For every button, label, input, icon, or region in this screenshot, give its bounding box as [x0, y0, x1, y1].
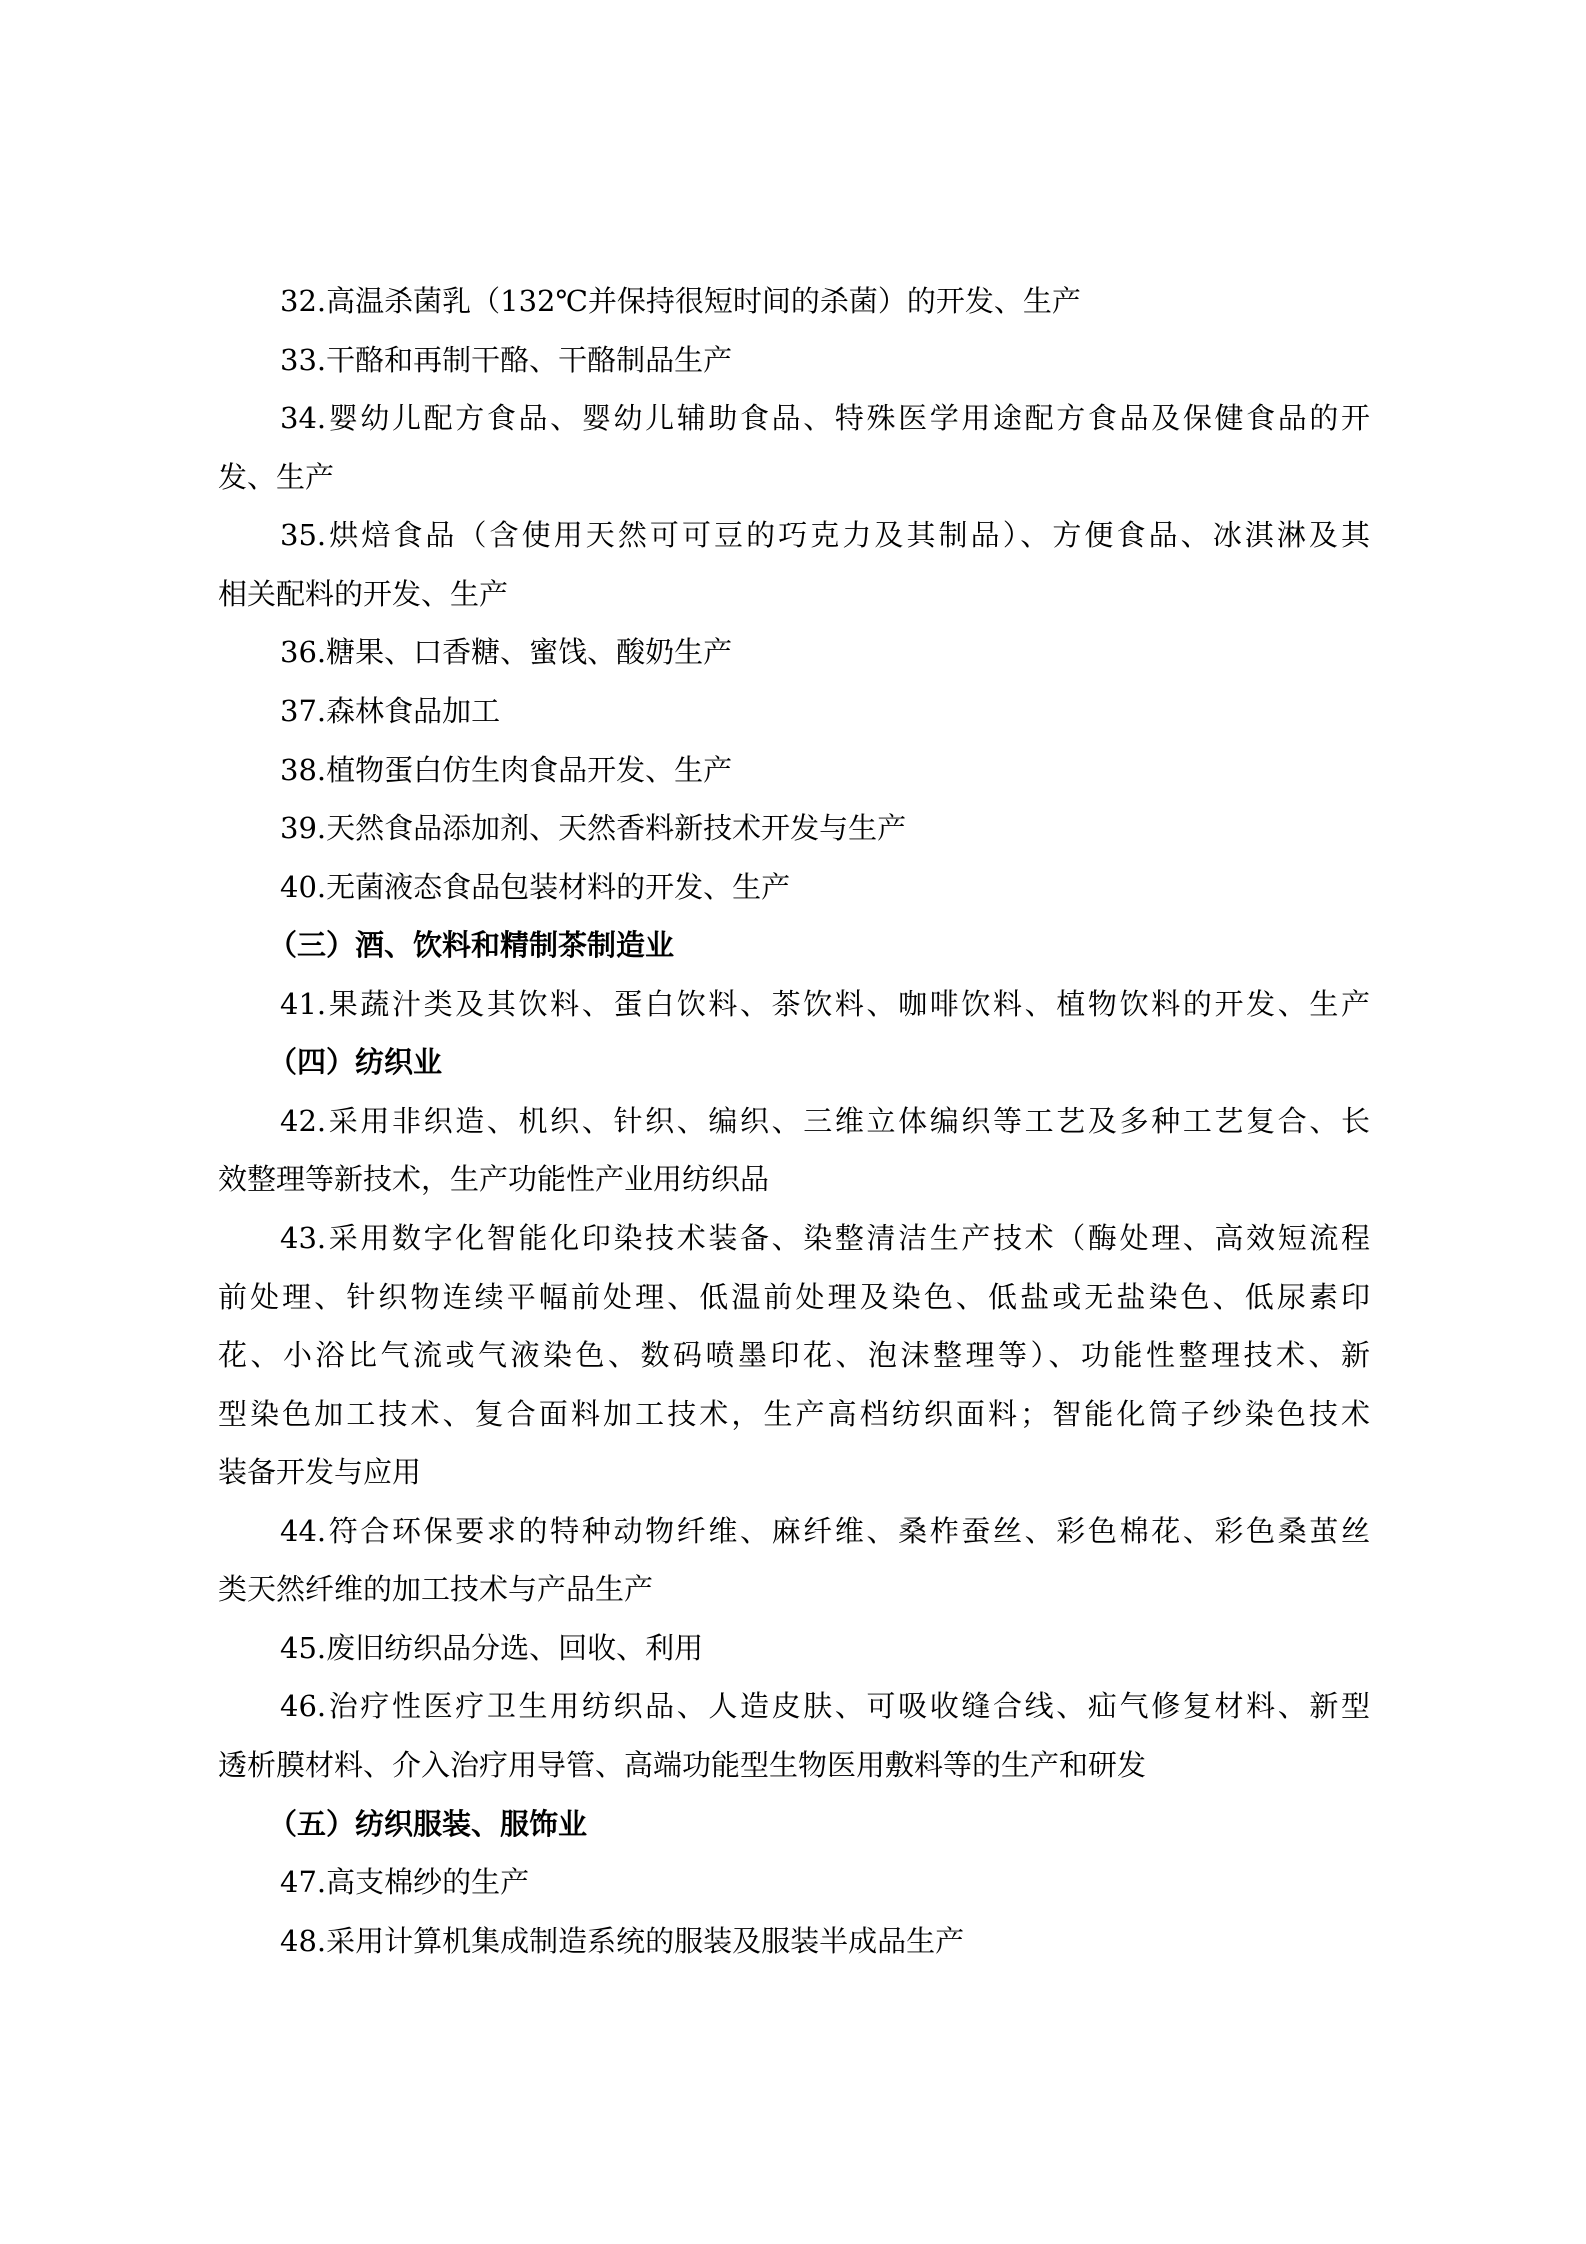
item-43-line-4: 型染色加工技术、复合面料加工技术，生产高档纺织面料；智能化筒子纱染色技术 [218, 1394, 1370, 1434]
document-page: 32.高温杀菌乳（132℃并保持很短时间的杀菌）的开发、生产 33.干酪和再制干… [0, 0, 1586, 2244]
item-35-line-1: 35.烘焙食品（含使用天然可可豆的巧克力及其制品）、方便食品、冰淇淋及其 [280, 515, 1370, 555]
item-46-line-1: 46.治疗性医疗卫生用纺织品、人造皮肤、可吸收缝合线、疝气修复材料、新型 [280, 1686, 1370, 1726]
item-42-line-2: 效整理等新技术，生产功能性产业用纺织品 [218, 1159, 1370, 1199]
item-44-line-2: 类天然纤维的加工技术与产品生产 [218, 1569, 1370, 1609]
section-heading-3: （三）酒、饮料和精制茶制造业 [268, 925, 1420, 965]
item-45-line-1: 45.废旧纺织品分选、回收、利用 [280, 1628, 1370, 1668]
section-heading-4: （四）纺织业 [268, 1042, 1420, 1082]
item-47-line-1: 47.高支棉纱的生产 [280, 1862, 1370, 1902]
item-34-line-2: 发、生产 [218, 457, 1370, 497]
item-35-line-2: 相关配料的开发、生产 [218, 574, 1370, 614]
item-34-line-1: 34.婴幼儿配方食品、婴幼儿辅助食品、特殊医学用途配方食品及保健食品的开 [280, 398, 1370, 438]
item-32-line-1: 32.高温杀菌乳（132℃并保持很短时间的杀菌）的开发、生产 [280, 281, 1370, 321]
section-heading-5: （五）纺织服装、服饰业 [268, 1804, 1420, 1844]
item-46-line-2: 透析膜材料、介入治疗用导管、高端功能型生物医用敷料等的生产和研发 [218, 1745, 1370, 1785]
item-48-line-1: 48.采用计算机集成制造系统的服装及服装半成品生产 [280, 1921, 1370, 1961]
item-38-line-1: 38.植物蛋白仿生肉食品开发、生产 [280, 750, 1370, 790]
item-44-line-1: 44.符合环保要求的特种动物纤维、麻纤维、桑柞蚕丝、彩色棉花、彩色桑茧丝 [280, 1511, 1370, 1551]
item-41-line-1: 41.果蔬汁类及其饮料、蛋白饮料、茶饮料、咖啡饮料、植物饮料的开发、生产 [280, 984, 1370, 1024]
item-43-line-2: 前处理、针织物连续平幅前处理、低温前处理及染色、低盐或无盐染色、低尿素印 [218, 1277, 1370, 1317]
item-33-line-1: 33.干酪和再制干酪、干酪制品生产 [280, 340, 1370, 380]
item-37-line-1: 37.森林食品加工 [280, 691, 1370, 731]
item-39-line-1: 39.天然食品添加剂、天然香料新技术开发与生产 [280, 808, 1370, 848]
item-43-line-3: 花、小浴比气流或气液染色、数码喷墨印花、泡沫整理等）、功能性整理技术、新 [218, 1335, 1370, 1375]
item-43-line-1: 43.采用数字化智能化印染技术装备、染整清洁生产技术（酶处理、高效短流程 [280, 1218, 1370, 1258]
item-36-line-1: 36.糖果、口香糖、蜜饯、酸奶生产 [280, 632, 1370, 672]
item-40-line-1: 40.无菌液态食品包装材料的开发、生产 [280, 867, 1370, 907]
item-42-line-1: 42.采用非织造、机织、针织、编织、三维立体编织等工艺及多种工艺复合、长 [280, 1101, 1370, 1141]
item-43-line-5: 装备开发与应用 [218, 1452, 1370, 1492]
